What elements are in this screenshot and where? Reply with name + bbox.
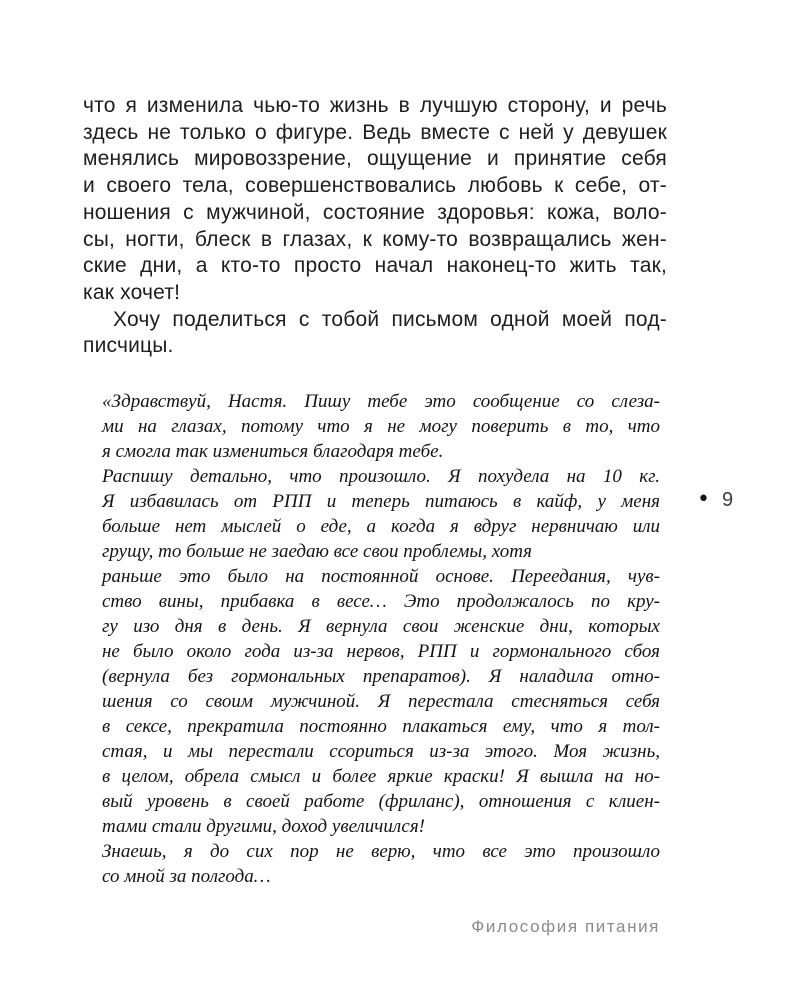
body-line: как хочет! <box>83 280 667 307</box>
body-line: и своего тела, совершенствовались любовь… <box>83 173 667 200</box>
body-line: Хочу поделиться с тобой письмом одной мо… <box>83 307 667 334</box>
body-line: ношения с мужчиной, состояние здоровья: … <box>83 200 667 227</box>
book-page: что я изменила чью-то жизнь в лучшую сто… <box>0 0 800 1000</box>
quote-line: Распишу детально, что произошло. Я похуд… <box>102 464 660 489</box>
quote-line: раньше это было на постоянной основе. Пе… <box>102 564 660 589</box>
running-footer: Философия питания <box>471 917 660 937</box>
bullet-icon: • <box>697 489 710 511</box>
quote-line: тами стали другими, доход увеличился! <box>102 814 660 839</box>
quote-line: в целом, обрела смысл и более яркие крас… <box>102 764 660 789</box>
quote-line: в сексе, прекратила постоянно плакаться … <box>102 714 660 739</box>
quote-line: (вернула без гормональных препаратов). Я… <box>102 664 660 689</box>
quote-line: шения со своим мужчиной. Я перестала сте… <box>102 689 660 714</box>
quote-line: не было около года из-за нервов, РПП и г… <box>102 639 660 664</box>
quote-line: ство вины, прибавка в весе… Это продолжа… <box>102 589 660 614</box>
quote-line: я смогла так измениться благодаря тебе. <box>102 439 660 464</box>
body-line: сы, ногти, блеск в глазах, к кому-то воз… <box>83 227 667 254</box>
quote-line: Я избавилась от РПП и теперь питаюсь в к… <box>102 489 660 514</box>
subscriber-letter-quote: «Здравствуй, Настя. Пишу тебе это сообще… <box>102 389 660 889</box>
quote-line: стая, и мы перестали ссориться из-за это… <box>102 739 660 764</box>
quote-line: ми на глазах, потому что я не могу повер… <box>102 414 660 439</box>
body-line: менялись мировоззрение, ощущение и приня… <box>83 146 667 173</box>
page-number: 9 <box>722 489 733 511</box>
quote-line: больше нет мыслей о еде, а когда я вдруг… <box>102 514 660 539</box>
body-line: ские дни, а кто-то просто начал наконец-… <box>83 253 667 280</box>
quote-line: Знаешь, я до сих пор не верю, что все эт… <box>102 839 660 864</box>
page-marker: • 9 <box>697 489 733 511</box>
body-line: что я изменила чью-то жизнь в лучшую сто… <box>83 93 667 120</box>
quote-line: вый уровень в своей работе (фриланс), от… <box>102 789 660 814</box>
quote-line: со мной за полгода… <box>102 864 660 889</box>
quote-line: гу изо дня в день. Я вернула свои женски… <box>102 614 660 639</box>
body-text-block: что я изменила чью-то жизнь в лучшую сто… <box>83 93 667 360</box>
body-line: писчицы. <box>83 333 667 360</box>
quote-line: грущу, то больше не заедаю все свои проб… <box>102 539 660 564</box>
quote-line: «Здравствуй, Настя. Пишу тебе это сообще… <box>102 389 660 414</box>
body-line: здесь не только о фигуре. Ведь вместе с … <box>83 120 667 147</box>
